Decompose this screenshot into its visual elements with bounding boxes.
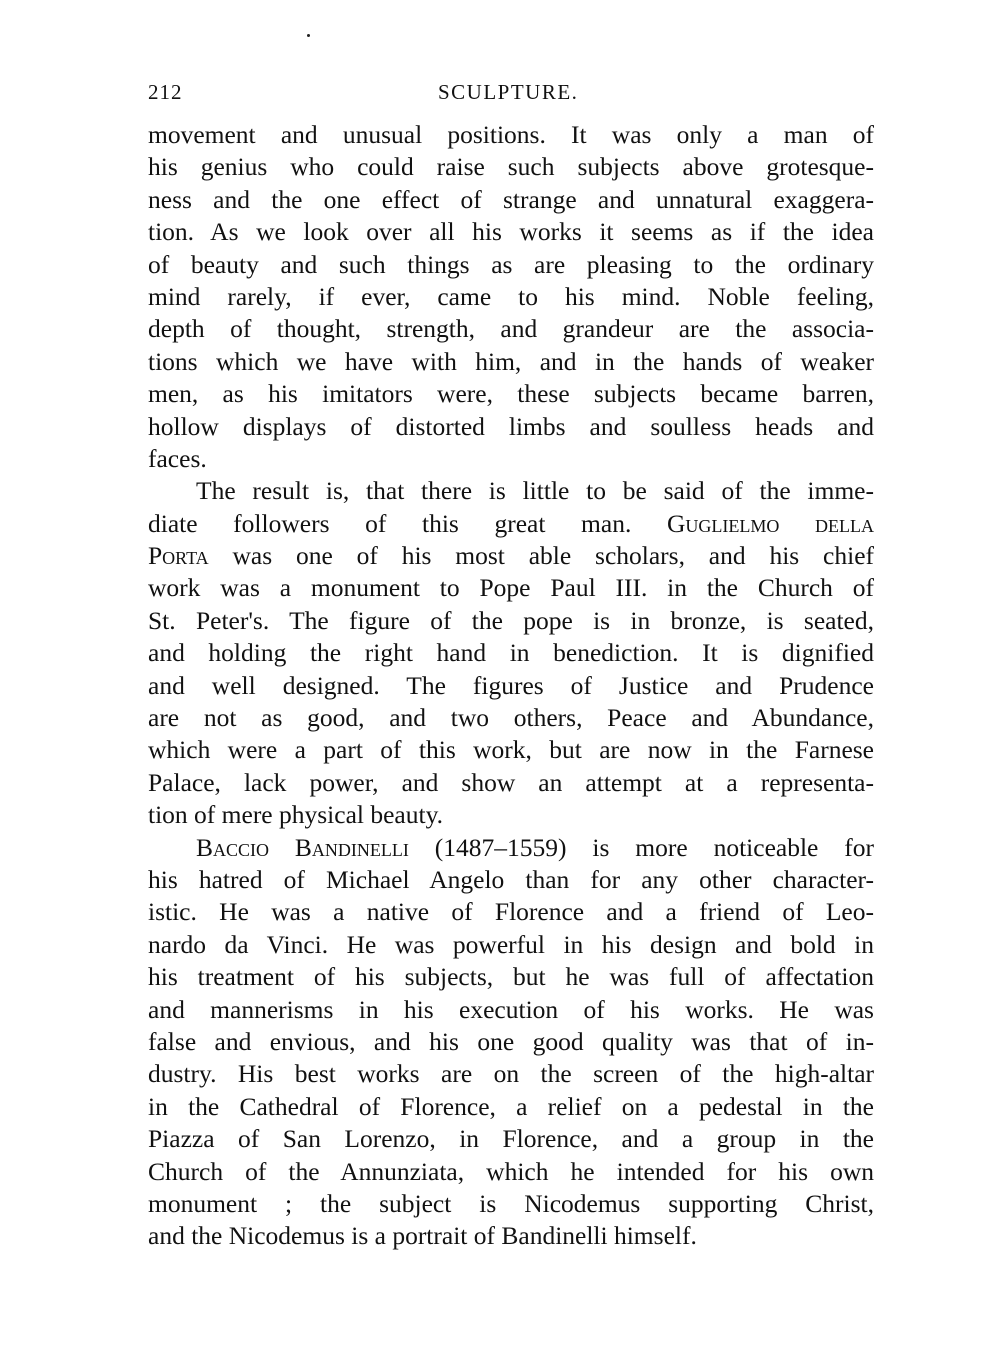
- text-line: Baccio Bandinelli (1487–1559) is more no…: [148, 832, 874, 864]
- text-line: hollow displays of distorted limbs and s…: [148, 411, 874, 443]
- text-line: nardo da Vinci. He was powerful in his d…: [148, 929, 874, 961]
- text-line: men, as his imitators were, these subjec…: [148, 378, 874, 410]
- text-line: which were a part of this work, but are …: [148, 734, 874, 766]
- name-small-caps: Guglielmo della: [667, 509, 874, 538]
- paragraph: Baccio Bandinelli (1487–1559) is more no…: [148, 832, 874, 1253]
- text-line: his treatment of his subjects, but he wa…: [148, 961, 874, 993]
- text-line: and the Nicodemus is a portrait of Bandi…: [148, 1220, 874, 1252]
- text-line: Palace, lack power, and show an attempt …: [148, 767, 874, 799]
- paragraph: The result is, that there is little to b…: [148, 475, 874, 831]
- name-small-caps: Baccio Bandinelli: [196, 833, 409, 862]
- text-line: his hatred of Michael Angelo than for an…: [148, 864, 874, 896]
- text-line: The result is, that there is little to b…: [148, 475, 874, 507]
- text-line: and well designed. The figures of Justic…: [148, 670, 874, 702]
- text-line: tions which we have with him, and in the…: [148, 346, 874, 378]
- text-line: Porta was one of his most able scholars,…: [148, 540, 874, 572]
- text-line: Piazza of San Lorenzo, in Florence, and …: [148, 1123, 874, 1155]
- text-line: mind rarely, if ever, came to his mind. …: [148, 281, 874, 313]
- text-line: and holding the right hand in benedictio…: [148, 637, 874, 669]
- paragraph: movement and unusual positions. It was o…: [148, 119, 874, 475]
- text-line: are not as good, and two others, Peace a…: [148, 702, 874, 734]
- book-page: 212 SCULPTURE. movement and unusual posi…: [0, 0, 1000, 1370]
- text-line: ness and the one effect of strange and u…: [148, 184, 874, 216]
- chapter-title: SCULPTURE.: [438, 80, 578, 105]
- page-number: 212: [148, 80, 183, 105]
- text-line: false and envious, and his one good qual…: [148, 1026, 874, 1058]
- text-line: depth of thought, strength, and grandeur…: [148, 313, 874, 345]
- text-line: dustry. His best works are on the screen…: [148, 1058, 874, 1090]
- text-line: work was a monument to Pope Paul III. in…: [148, 572, 874, 604]
- text-line: monument ; the subject is Nicodemus supp…: [148, 1188, 874, 1220]
- text-line: istic. He was a native of Florence and a…: [148, 896, 874, 928]
- text-line: tion of mere physical beauty.: [148, 799, 874, 831]
- scan-speck: [307, 34, 310, 37]
- text-line: diate followers of this great man. Gugli…: [148, 508, 874, 540]
- text-line: St. Peter's. The figure of the pope is i…: [148, 605, 874, 637]
- text-line: in the Cathedral of Florence, a relief o…: [148, 1091, 874, 1123]
- text-line: faces.: [148, 443, 874, 475]
- text-line: Church of the Annunziata, which he inten…: [148, 1156, 874, 1188]
- text-line: movement and unusual positions. It was o…: [148, 119, 874, 151]
- text-line: tion. As we look over all his works it s…: [148, 216, 874, 248]
- name-small-caps: Porta: [148, 541, 209, 570]
- text-line: and mannerisms in his execution of his w…: [148, 994, 874, 1026]
- text-line: his genius who could raise such subjects…: [148, 151, 874, 183]
- body-text: movement and unusual positions. It was o…: [148, 119, 874, 1253]
- running-head: 212 SCULPTURE.: [148, 80, 876, 108]
- text-line: of beauty and such things as are pleasin…: [148, 249, 874, 281]
